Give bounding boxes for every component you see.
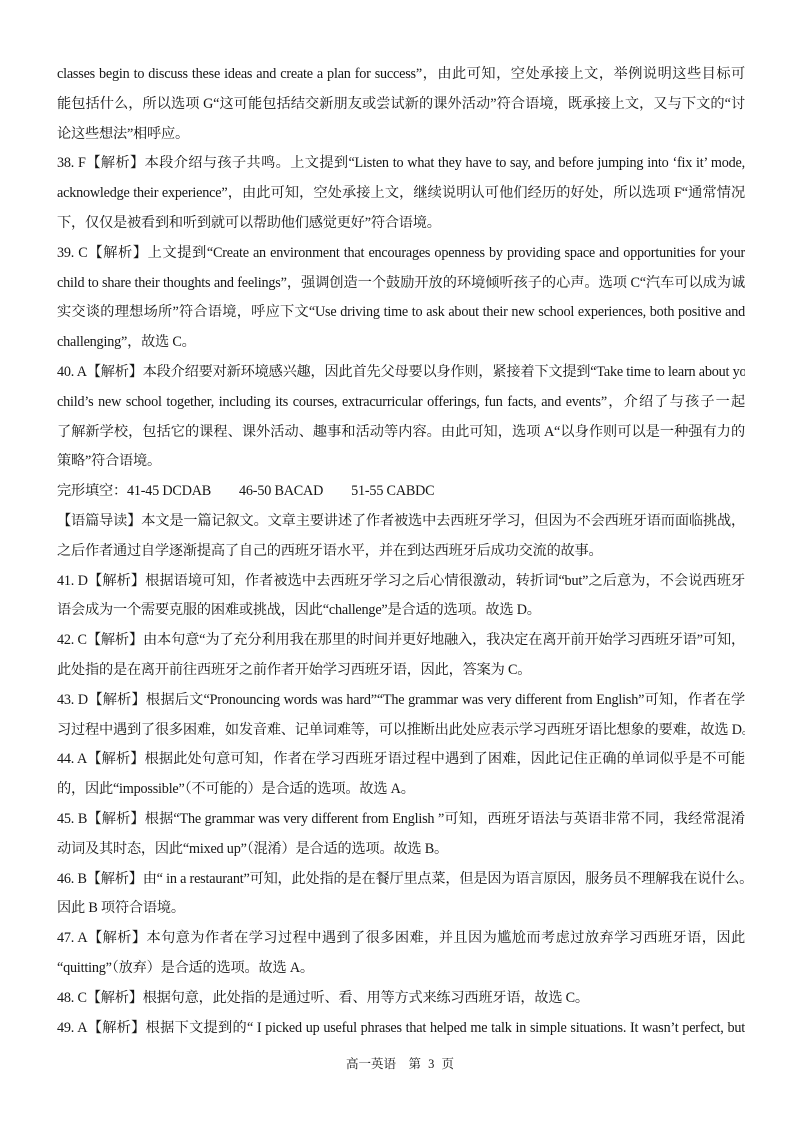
text-line: child to share their thoughts and feelin… [57, 269, 745, 299]
text-line: 实交谈的理想场所”符合语境，呼应下文“Use driving time to a… [57, 298, 745, 328]
text-line: 习过程中遇到了很多困难，如发音难、记单词难等，可以推断出此处应表示学习西班牙语比… [57, 716, 745, 746]
text-line: “quitting”（放弃）是合适的选项。故选 A。 [57, 954, 745, 984]
text-line: 策略”符合语境。 [57, 447, 745, 477]
answer-38-line: 38. F【解析】本段介绍与孩子共鸣。上文提到“Listen to what t… [57, 149, 745, 179]
answer-46-line: 46. B【解析】由“ in a restaurant”可知，此处指的是在餐厅里… [57, 865, 745, 895]
text-line: classes begin to discuss these ideas and… [57, 60, 745, 90]
answer-47-line: 47. A【解析】本句意为作者在学习过程中遇到了很多困难，并且因为尴尬而考虑过放… [57, 924, 745, 954]
answer-39-line: 39. C【解析】上文提到“Create an environment that… [57, 239, 745, 269]
text-line: 此处指的是在离开前往西班牙之前作者开始学习西班牙语，因此，答案为 C。 [57, 656, 745, 686]
text-line: 论这些想法”相呼应。 [57, 120, 745, 150]
page-footer: 高一英语 第 3 页 [0, 1054, 800, 1072]
text-line: 下，仅仅是被看到和听到就可以帮助他们感觉更好”符合语境。 [57, 209, 745, 239]
text-line: 的，因此“impossible”（不可能的）是合适的选项。故选 A。 [57, 775, 745, 805]
document-page: classes begin to discuss these ideas and… [57, 60, 745, 1043]
answer-49-line: 49. A【解析】根据下文提到的“ I picked up useful phr… [57, 1014, 745, 1044]
text-line: challenging”，故选 C。 [57, 328, 745, 358]
answer-42-line: 42. C【解析】由本句意“为了充分利用我在那里的时间并更好地融入，我决定在离开… [57, 626, 745, 656]
text-line: 语会成为一个需要克服的困难或挑战，因此“challenge”是合适的选项。故选 … [57, 596, 745, 626]
text-line: 能包括什么，所以选项 G“这可能包括结交新朋友或尝试新的课外活动”符合语境，既承… [57, 90, 745, 120]
answer-43-line: 43. D【解析】根据后文“Pronouncing words was hard… [57, 686, 745, 716]
passage-guide-line: 【语篇导读】本文是一篇记叙文。文章主要讲述了作者被选中去西班牙学习，但因为不会西… [57, 507, 745, 537]
text-line: 动词及其时态，因此“mixed up”（混淆）是合适的选项。故选 B。 [57, 835, 745, 865]
answer-44-line: 44. A【解析】根据此处句意可知，作者在学习西班牙语过程中遇到了困难，因此记住… [57, 745, 745, 775]
cloze-answer-key: 完形填空：41-45 DCDAB 46-50 BACAD 51-55 CABDC [57, 477, 745, 507]
answer-41-line: 41. D【解析】根据语境可知，作者被选中去西班牙学习之后心情很激动，转折词“b… [57, 567, 745, 597]
answer-40-line: 40. A【解析】本段介绍要对新环境感兴趣，因此首先父母要以身作则，紧接着下文提… [57, 358, 745, 388]
text-line: 因此 B 项符合语境。 [57, 894, 745, 924]
text-line: 之后作者通过自学逐渐提高了自己的西班牙语水平，并在到达西班牙后成功交流的故事。 [57, 537, 745, 567]
answer-45-line: 45. B【解析】根据“The grammar was very differe… [57, 805, 745, 835]
answer-48-line: 48. C【解析】根据句意，此处指的是通过听、看、用等方式来练习西班牙语，故选 … [57, 984, 745, 1014]
text-line: acknowledge their experience”，由此可知，空处承接上… [57, 179, 745, 209]
text-line: child’s new school together, including i… [57, 388, 745, 418]
text-line: 了解新学校，包括它的课程、课外活动、趣事和活动等内容。由此可知，选项 A“以身作… [57, 418, 745, 448]
